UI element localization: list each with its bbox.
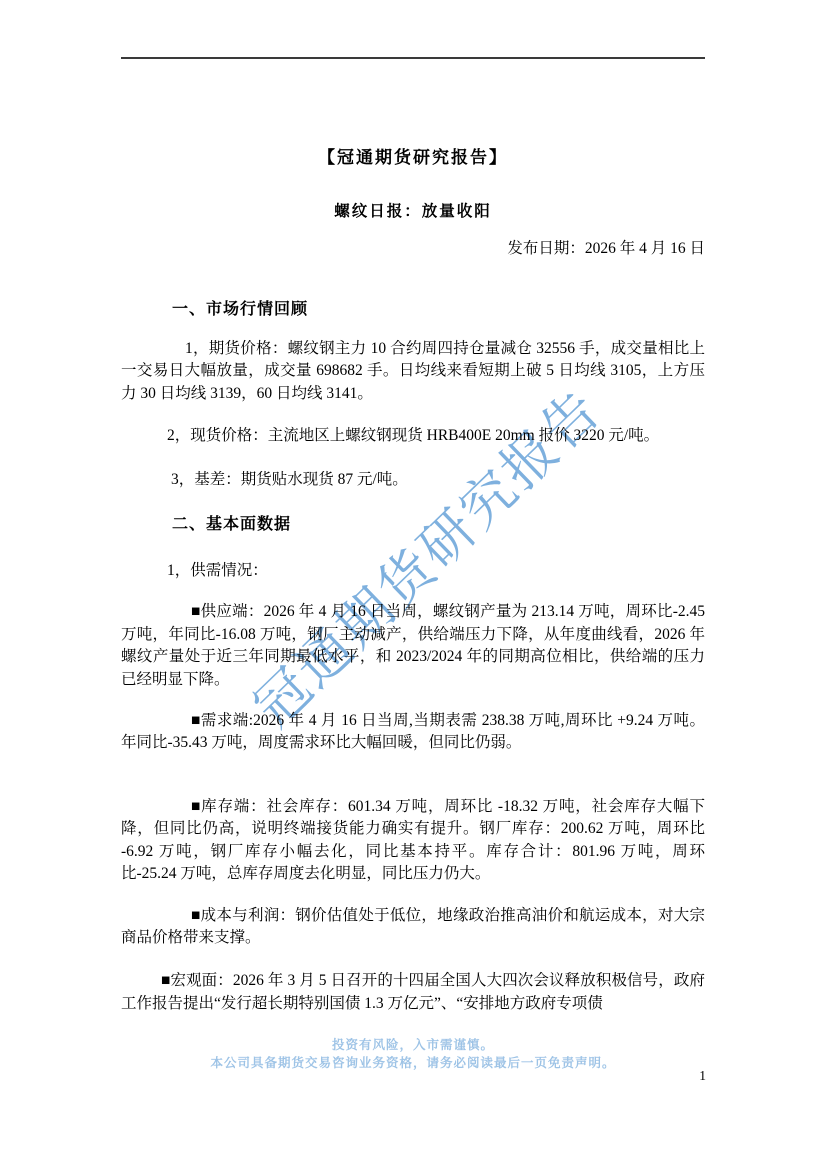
publish-date: 发布日期：2026 年 4 月 16 日 xyxy=(121,238,705,260)
report-title: 【冠通期货研究报告】 xyxy=(121,143,705,168)
report-subtitle: 螺纹日报：放量收阳 xyxy=(121,199,705,221)
section-2-heading: 二、基本面数据 xyxy=(121,511,705,534)
paragraph-cost-profit: ■成本与利润：钢价估值处于低位，地缘政治推高油价和航运成本，对大宗商品价格带来支… xyxy=(121,905,705,950)
paragraph-futures-price: 1，期货价格：螺纹钢主力 10 合约周四持仓量减仓 32556 手，成交量相比上… xyxy=(121,338,705,405)
item-heading-supply-demand: 1，供需情况： xyxy=(121,560,705,582)
paragraph-supply: ■供应端：2026 年 4 月 16 日当周，螺纹钢产量为 213.14 万吨，… xyxy=(121,601,705,691)
report-body: 【冠通期货研究报告】 螺纹日报：放量收阳 发布日期：2026 年 4 月 16 … xyxy=(121,0,705,1015)
disclaimer-footer: 投资有风险，入市需谨慎。 本公司具备期货交易咨询业务资格，请务必阅读最后一页免责… xyxy=(0,1036,826,1072)
section-1-heading: 一、市场行情回顾 xyxy=(121,296,705,319)
paragraph-macro: ■宏观面：2026 年 3 月 5 日召开的十四届全国人大四次会议释放积极信号，… xyxy=(121,970,705,1015)
paragraph-inventory: ■库存端：社会库存：601.34 万吨，周环比 -18.32 万吨，社会库存大幅… xyxy=(121,796,705,886)
page-number: 1 xyxy=(699,1068,706,1084)
paragraph-basis: 3，基差：期货贴水现货 87 元/吨。 xyxy=(121,469,705,491)
report-page: 冠通期货研究报告 【冠通期货研究报告】 螺纹日报：放量收阳 发布日期：2026 … xyxy=(0,0,826,1169)
paragraph-demand: ■需求端:2026 年 4 月 16 日当周,当期表需 238.38 万吨,周环… xyxy=(121,710,705,755)
footer-risk-warning: 投资有风险，入市需谨慎。 xyxy=(0,1036,826,1054)
paragraph-spot-price: 2，现货价格：主流地区上螺纹钢现货 HRB400E 20mm 报价 3220 元… xyxy=(121,425,705,447)
